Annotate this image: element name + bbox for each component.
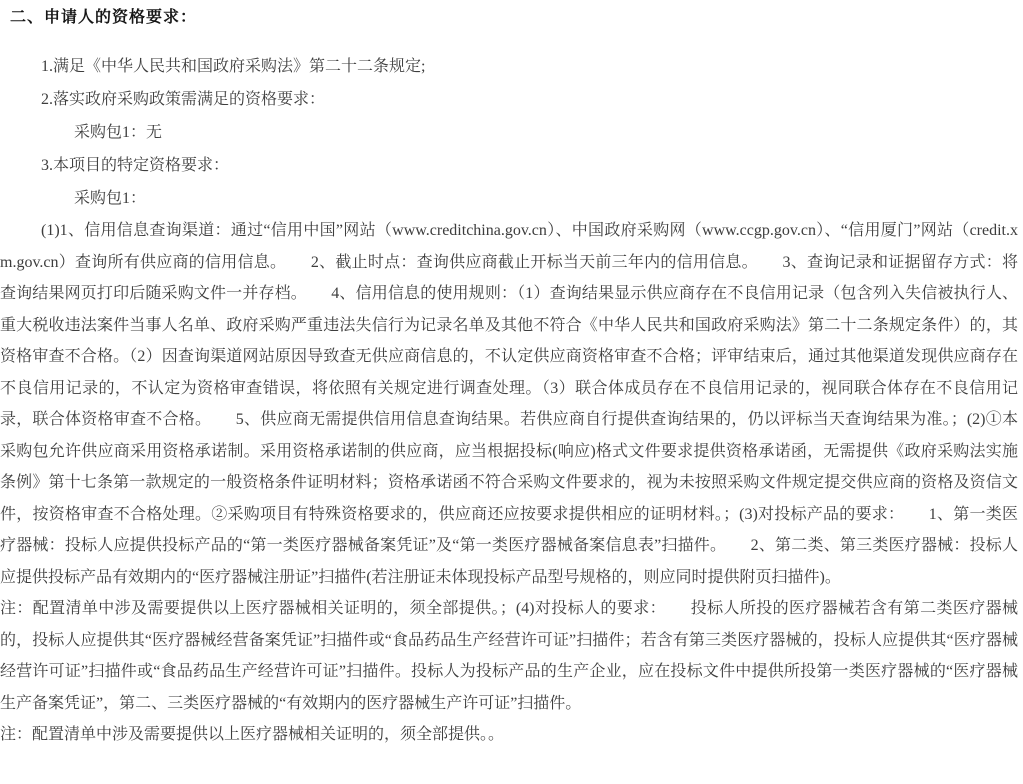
section-heading: 二、申请人的资格要求： xyxy=(10,7,1018,29)
requirement-item-law-article22: 1.满足《中华人民共和国政府采购法》第二十二条规定; xyxy=(0,50,1018,83)
requirement-item-policy: 2.落实政府采购政策需满足的资格要求： xyxy=(0,83,1018,116)
procurement-qualification-document: 二、申请人的资格要求： 1.满足《中华人民共和国政府采购法》第二十二条规定; 2… xyxy=(0,0,1023,751)
document-page: { "document": { "heading": "二、申请人的资格要求："… xyxy=(0,0,1023,784)
package1-policy-line: 采购包1：无 xyxy=(0,116,1018,149)
heading-spacer xyxy=(0,29,1018,50)
credit-info-and-product-requirements-paragraph: (1)1、信用信息查询渠道：通过“信用中国”网站（www.creditchina… xyxy=(0,215,1018,593)
requirement-item-specific: 3.本项目的特定资格要求： xyxy=(0,149,1018,182)
bidder-requirements-note-paragraph: 注：配置清单中涉及需要提供以上医疗器械相关证明的，须全部提供。；(4)对投标人的… xyxy=(0,593,1018,719)
package1-specific-line: 采购包1： xyxy=(0,182,1018,215)
final-note-paragraph: 注：配置清单中涉及需要提供以上医疗器械相关证明的，须全部提供。。 xyxy=(0,719,1018,751)
